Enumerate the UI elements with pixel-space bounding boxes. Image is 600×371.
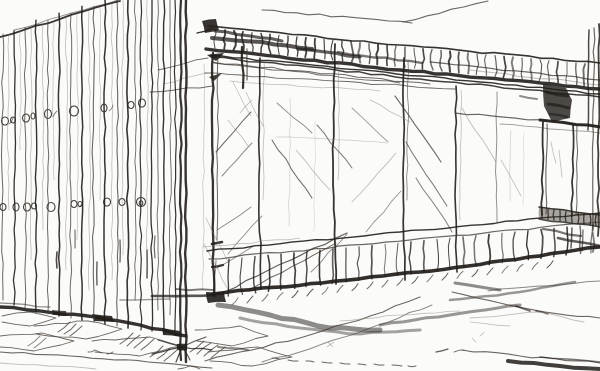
grass-tick	[412, 277, 418, 284]
siding-line	[117, 0, 119, 326]
siding-line	[70, 14, 72, 318]
grass-tick	[547, 261, 553, 268]
roof-fascia-stroke	[158, 58, 208, 70]
glass-wall-stroke	[216, 112, 251, 152]
siding-line	[92, 7, 94, 322]
roof-fascia-blob	[209, 73, 222, 81]
ground-stroke	[322, 362, 332, 363]
fascia-wood-stroke	[324, 39, 325, 59]
grass-tick	[277, 293, 283, 300]
glass-wall-blob	[543, 84, 572, 122]
grass-tick	[487, 268, 493, 275]
plinth-tick	[396, 243, 398, 275]
grass-tick	[292, 291, 298, 298]
glass-wall-stroke	[582, 230, 583, 251]
siding-line	[81, 6, 83, 320]
fascia-wood-stroke	[468, 53, 470, 74]
grass-tick	[427, 275, 433, 282]
roof-fascia-stroke	[430, 62, 600, 80]
siding-line	[58, 13, 60, 316]
glass-wall-stroke	[571, 125, 573, 216]
plinth-tick	[541, 230, 543, 259]
fascia-wood-stroke	[521, 58, 522, 79]
plinth-tick	[580, 226, 581, 254]
fascia-wood-stroke	[422, 49, 424, 69]
siding-line	[157, 0, 159, 310]
fascia-wood-stroke	[539, 60, 542, 81]
roof-fascia-stroke	[298, 49, 360, 57]
glass-wall-stroke	[551, 142, 556, 163]
ground-stroke	[0, 363, 96, 369]
fascia-wood-stroke	[583, 64, 585, 85]
siding-line	[174, 0, 176, 334]
glass-wall-stroke	[523, 133, 524, 205]
siding-line	[2, 34, 4, 300]
glass-wall-stroke	[152, 295, 214, 296]
plinth-tick	[280, 254, 281, 290]
grass-tick	[382, 280, 388, 287]
plinth-tick	[463, 237, 465, 268]
siding-line	[65, 17, 67, 270]
fascia-wood-stroke	[458, 52, 459, 73]
grass-tick	[457, 271, 463, 278]
left-slat-wall-stroke	[53, 111, 57, 117]
sketch-page	[0, 0, 600, 371]
glass-wall-stroke	[222, 143, 252, 176]
ground-stroke	[470, 322, 510, 326]
knob-circle	[71, 201, 77, 208]
grass-tick	[532, 263, 538, 270]
left-slat-wall-stroke	[154, 236, 155, 258]
left-slat-wall-blob	[92, 314, 114, 322]
glass-wall-stroke	[459, 90, 461, 220]
glass-wall-stroke	[571, 228, 572, 248]
glass-wall-stroke	[593, 28, 595, 230]
plinth-tick	[228, 259, 229, 296]
ground-stroke	[470, 312, 584, 322]
plinth-tick	[423, 241, 424, 273]
ground-stroke	[488, 281, 600, 291]
ground-stroke	[508, 361, 600, 369]
fascia-wood-stroke	[314, 39, 315, 59]
plinth-tick	[384, 244, 386, 277]
ground-stroke	[392, 365, 402, 366]
glass-wall-stroke	[277, 137, 387, 143]
ground-stroke	[0, 333, 74, 351]
grass-tick	[397, 278, 403, 285]
glass-wall-stroke	[202, 64, 204, 290]
ground-stroke	[70, 326, 82, 336]
siding-line	[135, 0, 137, 300]
glass-wall-stroke	[540, 120, 600, 127]
sketch-svg	[0, 0, 600, 371]
knob-circle	[13, 203, 19, 211]
siding-line	[140, 0, 142, 330]
glass-wall-stroke	[338, 60, 339, 180]
grass-tick	[307, 289, 313, 296]
fascia-wood-stroke	[376, 45, 378, 65]
glass-wall-stroke	[366, 191, 401, 232]
fascia-wood-stroke	[331, 40, 333, 60]
roof-fascia-stroke	[403, 1, 488, 22]
fascia-wood-stroke	[576, 63, 577, 84]
ground-stroke	[374, 364, 384, 365]
ground-stroke	[480, 332, 484, 336]
grass-tick	[337, 285, 343, 292]
siding-line	[47, 21, 49, 314]
fascia-wood-stroke	[342, 41, 344, 61]
knob-circle	[24, 203, 31, 211]
glass-wall-stroke	[272, 140, 312, 198]
knob-circle	[0, 204, 6, 211]
glass-wall-stroke	[455, 86, 457, 272]
fascia-wood-stroke	[404, 47, 405, 67]
grass-tick	[472, 270, 478, 277]
glass-wall-stroke	[246, 92, 263, 126]
siding-line	[20, 31, 22, 150]
ground-stroke	[455, 283, 500, 290]
glass-wall-stroke	[314, 121, 316, 231]
fascia-wood-stroke	[430, 50, 433, 70]
ground-stroke	[306, 361, 314, 362]
layer-ground	[0, 281, 600, 369]
ground-stroke	[288, 360, 298, 361]
fascia-wood-stroke	[414, 48, 416, 68]
siding-line	[53, 21, 55, 180]
siding-line	[180, 0, 182, 360]
glass-wall-stroke	[277, 103, 312, 133]
siding-line	[7, 34, 9, 210]
ground-stroke	[472, 338, 476, 342]
layer-siding-lines	[2, 0, 187, 362]
siding-line	[35, 20, 37, 312]
glass-wall-stroke	[217, 56, 219, 240]
siding-line	[127, 0, 129, 328]
siding-line	[99, 7, 101, 200]
fascia-wood-stroke	[530, 59, 531, 80]
ground-stroke	[358, 364, 366, 365]
glass-wall-stroke	[576, 126, 578, 215]
grass-tick	[247, 296, 253, 303]
siding-line	[111, 3, 113, 280]
siding-line	[24, 27, 26, 308]
grass-tick	[352, 284, 358, 291]
grass-tick	[517, 264, 523, 271]
glass-wall-stroke	[296, 150, 330, 190]
siding-line	[88, 10, 90, 290]
ground-stroke	[195, 326, 268, 346]
grass-tick	[232, 298, 238, 305]
siding-line	[104, 0, 106, 324]
knob-circle	[128, 102, 134, 109]
glass-wall-stroke	[403, 58, 405, 280]
grass-tick	[502, 266, 508, 273]
glass-wall-stroke	[352, 153, 396, 202]
fascia-wood-stroke	[305, 38, 306, 57]
glass-wall-stroke	[352, 108, 388, 142]
glass-wall-stroke	[520, 96, 537, 99]
plinth-tick	[371, 246, 372, 279]
glass-wall-stroke	[541, 122, 543, 215]
siding-line	[151, 0, 153, 331]
glass-wall-stroke	[259, 58, 261, 289]
grass-tick	[262, 294, 268, 301]
glass-wall-stroke	[288, 98, 290, 226]
glass-wall-stroke	[588, 30, 589, 130]
siding-line	[163, 0, 165, 333]
ground-stroke	[436, 349, 448, 352]
plinth-tick	[502, 233, 504, 263]
plinth-tick	[409, 242, 411, 274]
siding-line	[13, 31, 15, 305]
glass-wall-blob	[206, 292, 226, 303]
glass-wall-stroke	[263, 61, 265, 200]
left-slat-wall-stroke	[56, 252, 57, 268]
siding-line	[146, 0, 148, 270]
plinth-tick	[306, 252, 307, 287]
fascia-wood-stroke	[394, 46, 396, 66]
glass-wall-stroke	[395, 96, 441, 162]
glass-wall-stroke	[546, 124, 548, 214]
plinth-tick	[554, 228, 555, 256]
knob-circle	[23, 114, 30, 122]
plinth-tick	[474, 236, 476, 266]
glass-wall-stroke	[543, 229, 581, 236]
fascia-wood-stroke	[440, 50, 442, 70]
plinth-tick	[357, 247, 359, 280]
grass-tick	[367, 282, 373, 289]
siding-line	[169, 0, 171, 315]
siding-line	[42, 24, 44, 230]
left-slat-wall-blob	[162, 328, 181, 337]
siding-line	[185, 0, 187, 362]
plinth-tick	[488, 235, 490, 265]
plinth-tick	[437, 239, 439, 270]
ground-stroke	[452, 292, 600, 318]
fascia-wood-stroke	[358, 43, 360, 63]
glass-wall-stroke	[176, 289, 214, 290]
fascia-wood-stroke	[503, 56, 505, 77]
glass-wall-stroke	[559, 150, 562, 177]
glass-wall-stroke	[501, 160, 521, 196]
fascia-wood-stroke	[387, 45, 388, 65]
fascia-wood-stroke	[351, 42, 354, 62]
siding-line	[30, 28, 32, 260]
ground-stroke	[272, 358, 280, 359]
plinth-tick	[448, 238, 450, 269]
ground-stroke	[88, 350, 102, 353]
roof-fascia-stroke	[163, 73, 206, 84]
ground-stroke	[340, 363, 350, 364]
roof-fascia-stroke	[262, 10, 412, 23]
plinth-tick	[332, 249, 333, 283]
ground-stroke	[408, 366, 416, 367]
glass-wall-stroke	[510, 131, 511, 201]
glass-wall-stroke	[217, 207, 251, 230]
plinth-tick	[513, 232, 515, 261]
glass-wall-stroke	[597, 24, 599, 236]
ground-stroke	[92, 337, 182, 356]
fascia-wood-stroke	[369, 44, 370, 64]
fascia-wood-stroke	[449, 51, 451, 71]
glass-wall-stroke	[228, 120, 248, 146]
glass-wall-stroke	[406, 142, 447, 206]
grass-tick	[442, 273, 448, 280]
plinth-tick	[319, 250, 320, 285]
glass-wall-stroke	[496, 92, 498, 222]
grass-tick	[322, 287, 328, 294]
siding-line	[122, 0, 124, 255]
